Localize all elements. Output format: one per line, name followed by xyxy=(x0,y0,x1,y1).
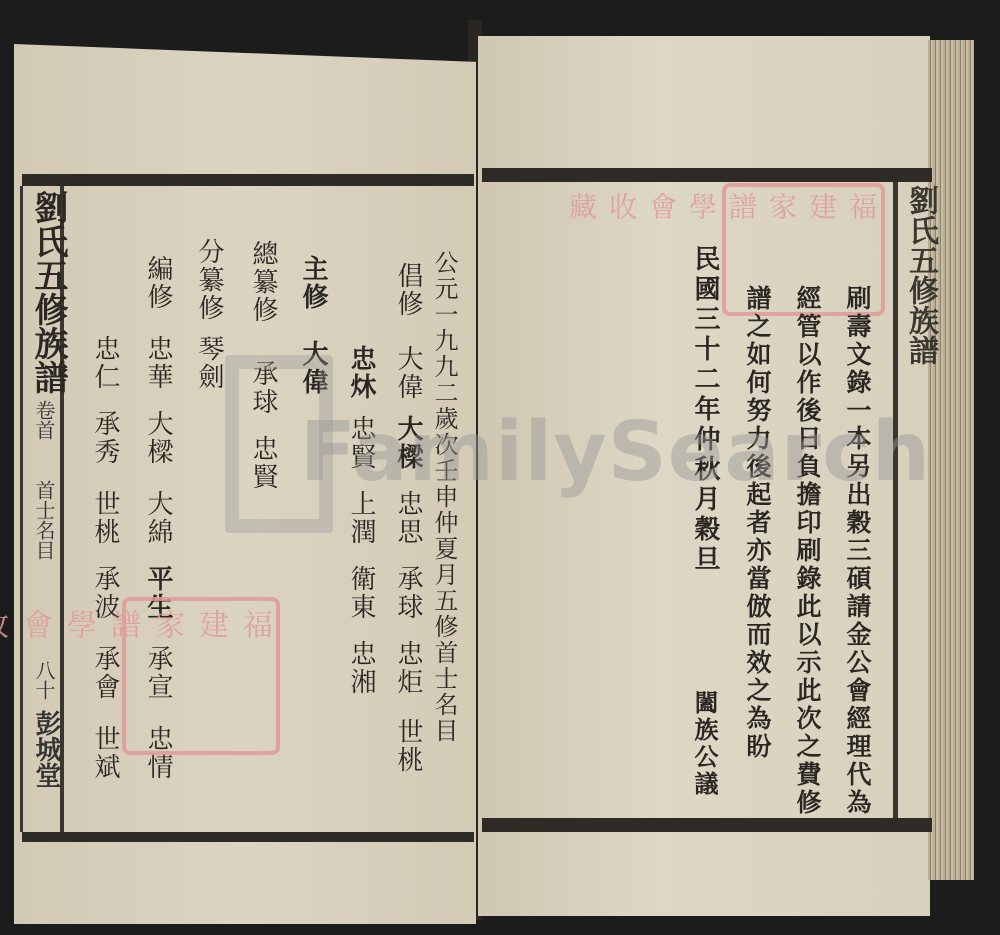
bottom-border xyxy=(482,818,932,832)
top-border xyxy=(482,168,932,182)
column-role-zongzuanxiu: 總纂修 xyxy=(250,240,276,324)
name: 世斌 xyxy=(92,725,118,781)
name: 大樑 xyxy=(145,410,171,466)
seal-text: 福建家譜學會收藏 xyxy=(561,187,881,229)
name: 衛東 xyxy=(348,565,374,621)
column-role-zhuxiu: 主修 xyxy=(300,255,326,311)
genealogy-seal-left: 福建家譜學會收藏 xyxy=(122,597,280,755)
gutter-volume: 卷首 xyxy=(30,400,59,440)
name: 忠炑 xyxy=(348,345,374,401)
name: 忠仁 xyxy=(92,335,118,391)
signature-line: 闔族公議 xyxy=(692,690,716,798)
text-line-2: 經管以作後日負擔印刷錄此以示此次之費修 xyxy=(795,285,820,817)
top-border xyxy=(22,174,474,186)
page-edges xyxy=(928,40,974,880)
outer-rule xyxy=(20,186,23,832)
name: 忠湘 xyxy=(348,640,374,696)
watermark: FamilySearch xyxy=(300,405,931,500)
text-line-1: 刷壽文錄一本另出穀三碩請金公會經理代為 xyxy=(845,285,870,817)
name: 大偉 xyxy=(395,345,421,401)
right-banner-title: 劉氏五修族譜 xyxy=(898,185,942,365)
text-line-3: 譜之如何努力後起者亦當倣而效之為盼 xyxy=(745,285,770,761)
name: 琴劍 xyxy=(196,335,222,391)
name: 承秀 xyxy=(92,410,118,466)
gutter-section: 首士名目 xyxy=(30,480,59,560)
bottom-border xyxy=(22,832,474,842)
column-role-fenzuanxiu: 分纂修 xyxy=(196,238,222,322)
name: 世桃 xyxy=(92,490,118,546)
column-role-changxiu: 倡修 xyxy=(395,262,421,318)
left-banner-title: 劉氏五修族譜 xyxy=(24,190,73,394)
seal-text: 福建家譜學會收藏 xyxy=(0,601,276,651)
column-role-bianxiu: 編修 xyxy=(145,255,171,311)
gutter-page: 八十 xyxy=(30,660,59,700)
name: 忠華 xyxy=(145,335,171,391)
name: 承球 xyxy=(395,565,421,621)
name: 大綿 xyxy=(145,490,171,546)
name: 忠炬 xyxy=(395,640,421,696)
name: 承會 xyxy=(92,645,118,701)
name: 世桃 xyxy=(395,718,421,774)
gutter-hall: 彭城堂 xyxy=(28,710,65,788)
